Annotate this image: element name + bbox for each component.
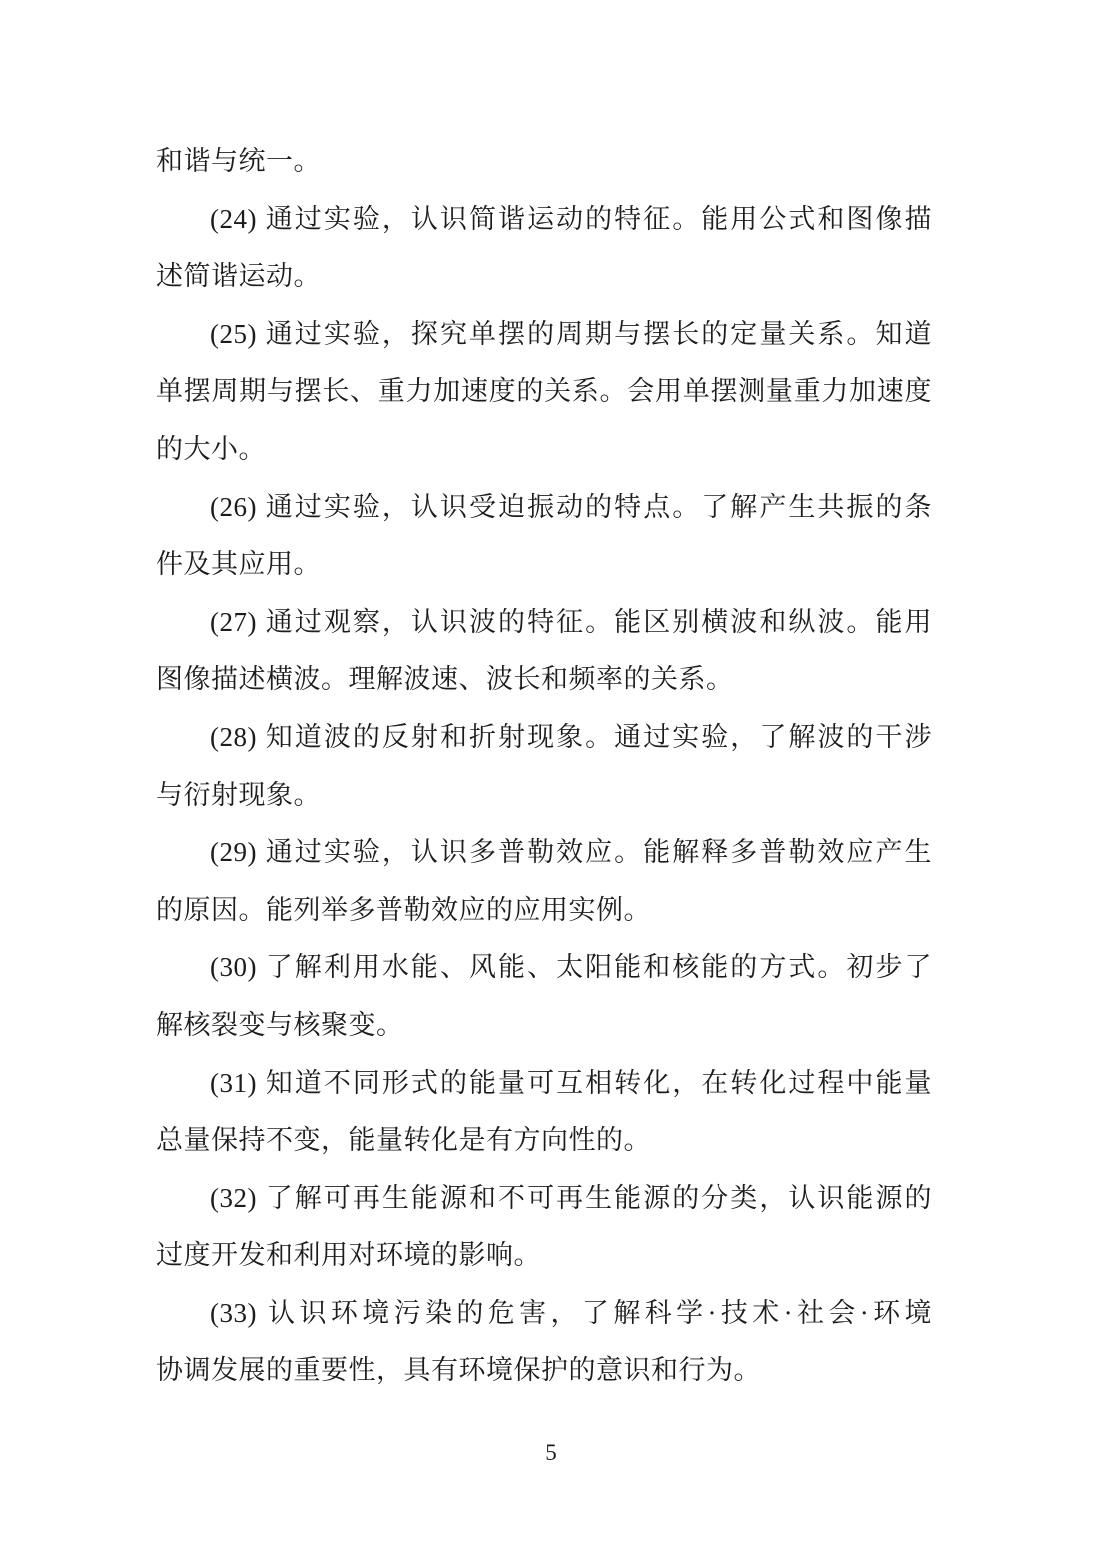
text-line: 述简谐运动。 xyxy=(156,248,932,306)
text-line: (31) 知道不同形式的能量可互相转化，在转化过程中能量 xyxy=(156,1055,932,1113)
text-line: 图像描述横波。理解波速、波长和频率的关系。 xyxy=(156,651,932,709)
text-line: (28) 知道波的反射和折射现象。通过实验，了解波的干涉 xyxy=(156,709,932,767)
text-line: (33) 认识环境污染的危害，了解科学·技术·社会·环境 xyxy=(156,1285,932,1343)
page-number: 5 xyxy=(0,1440,1102,1466)
text-line: (32) 了解可再生能源和不可再生能源的分类，认识能源的 xyxy=(156,1170,932,1228)
text-line: 单摆周期与摆长、重力加速度的关系。会用单摆测量重力加速度 xyxy=(156,363,932,421)
text-line: (29) 通过实验，认识多普勒效应。能解释多普勒效应产生 xyxy=(156,824,932,882)
text-line: (30) 了解利用水能、风能、太阳能和核能的方式。初步了 xyxy=(156,939,932,997)
text-line: 协调发展的重要性，具有环境保护的意识和行为。 xyxy=(156,1342,932,1400)
text-line: (27) 通过观察，认识波的特征。能区别横波和纵波。能用 xyxy=(156,594,932,652)
text-line: (25) 通过实验，探究单摆的周期与摆长的定量关系。知道 xyxy=(156,306,932,364)
text-line: 与衍射现象。 xyxy=(156,767,932,825)
text-line: 总量保持不变，能量转化是有方向性的。 xyxy=(156,1112,932,1170)
body-text: 和谐与统一。(24) 通过实验，认识简谐运动的特征。能用公式和图像描述简谐运动。… xyxy=(156,133,932,1400)
text-line: (26) 通过实验，认识受迫振动的特点。了解产生共振的条 xyxy=(156,479,932,537)
text-line: 的原因。能列举多普勒效应的应用实例。 xyxy=(156,882,932,940)
text-line: 和谐与统一。 xyxy=(156,133,932,191)
text-line: 解核裂变与核聚变。 xyxy=(156,997,932,1055)
document-page: 和谐与统一。(24) 通过实验，认识简谐运动的特征。能用公式和图像描述简谐运动。… xyxy=(0,0,1102,1559)
text-line: 的大小。 xyxy=(156,421,932,479)
text-line: (24) 通过实验，认识简谐运动的特征。能用公式和图像描 xyxy=(156,191,932,249)
text-line: 过度开发和利用对环境的影响。 xyxy=(156,1227,932,1285)
text-line: 件及其应用。 xyxy=(156,536,932,594)
